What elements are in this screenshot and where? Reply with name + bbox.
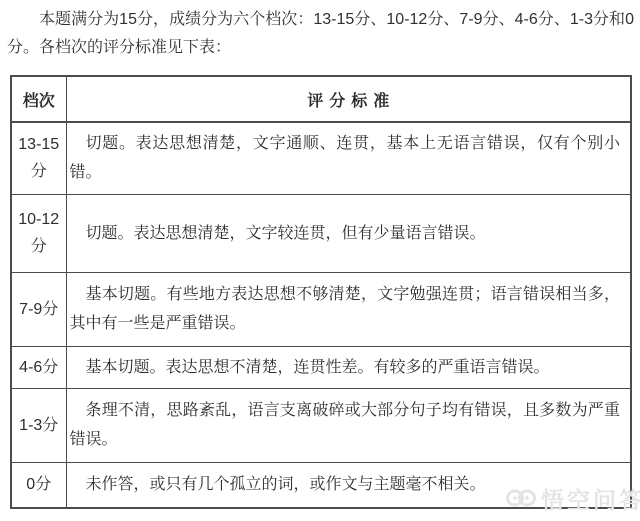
criteria-cell: 未作答，或只有几个孤立的词，或作文与主题毫不相关。 <box>66 462 631 508</box>
criteria-cell: 切题。表达思想清楚，文字较连贯，但有少量语言错误。 <box>66 194 631 272</box>
level-cell: 10-12 分 <box>11 194 66 272</box>
table-row: 10-12 分 切题。表达思想清楚，文字较连贯，但有少量语言错误。 <box>11 194 631 272</box>
header-cell-criteria: 评分标准 <box>66 76 631 122</box>
criteria-cell: 切题。表达思想清楚，文字通顺、连贯，基本上无语言错误，仅有个别小错。 <box>66 122 631 194</box>
criteria-cell: 条理不清，思路紊乱，语言支离破碎或大部分句子均有错误，且多数为严重错误。 <box>66 388 631 462</box>
level-cell: 0分 <box>11 462 66 508</box>
table-row: 1-3分 条理不清，思路紊乱，语言支离破碎或大部分句子均有错误，且多数为严重错误… <box>11 388 631 462</box>
level-cell: 4-6分 <box>11 346 66 388</box>
criteria-cell: 基本切题。有些地方表达思想不够清楚，文字勉强连贯；语言错误相当多，其中有一些是严… <box>66 272 631 346</box>
intro-paragraph: 本题满分为15分，成绩分为六个档次：13-15分、10-12分、7-9分、4-6… <box>7 6 634 62</box>
criteria-cell: 基本切题。表达思想不清楚，连贯性差。有较多的严重语言错误。 <box>66 346 631 388</box>
rubric-table: 档次 评分标准 13-15 分 切题。表达思想清楚，文字通顺、连贯，基本上无语言… <box>10 75 632 509</box>
level-cell: 7-9分 <box>11 272 66 346</box>
table-row: 4-6分 基本切题。表达思想不清楚，连贯性差。有较多的严重语言错误。 <box>11 346 631 388</box>
table-row: 7-9分 基本切题。有些地方表达思想不够清楚，文字勉强连贯；语言错误相当多，其中… <box>11 272 631 346</box>
level-cell: 1-3分 <box>11 388 66 462</box>
table-row: 0分 未作答，或只有几个孤立的词，或作文与主题毫不相关。 <box>11 462 631 508</box>
level-cell: 13-15 分 <box>11 122 66 194</box>
table-header-row: 档次 评分标准 <box>11 76 631 122</box>
document-page: 本题满分为15分，成绩分为六个档次：13-15分、10-12分、7-9分、4-6… <box>0 0 640 521</box>
header-cell-level: 档次 <box>11 76 66 122</box>
table-row: 13-15 分 切题。表达思想清楚，文字通顺、连贯，基本上无语言错误，仅有个别小… <box>11 122 631 194</box>
